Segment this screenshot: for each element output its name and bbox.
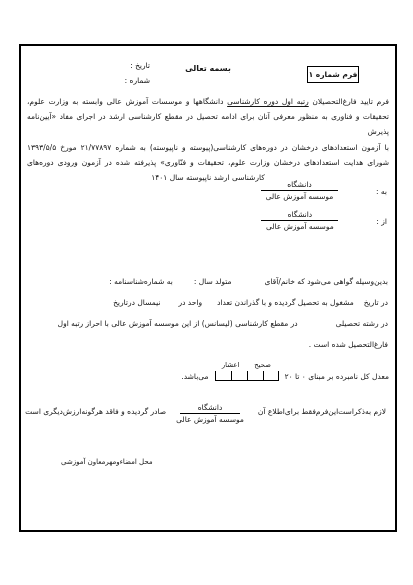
intro-line-1-pre: فرم تایید فارغ‌التحصیلان	[312, 97, 389, 106]
gpa-digit-comb	[215, 371, 279, 381]
besmele-heading: بسمه تعالی	[21, 64, 395, 73]
units-label: واحد در	[178, 298, 202, 307]
gpa-digit-boxes: صحیح اعشار	[215, 361, 279, 381]
cert-certify-text: بدین‌وسیله گواهی می‌شود که خانم/آقای	[265, 277, 388, 286]
date-serial-block: تاریخ : شماره :	[125, 58, 150, 88]
from-label: از :	[376, 210, 387, 226]
to-institute-label: موسسه آموزش عالی	[266, 191, 334, 201]
degree-text: در مقطع کارشناسی (لیسانس) از این موسسه آ…	[58, 319, 298, 328]
to-label: به :	[376, 180, 387, 196]
scanned-form-screenshot: { "colors": { "paper": "#ffffff", "ink":…	[0, 0, 413, 585]
graduated-text: فارغ‌التحصیل شده است .	[309, 340, 388, 349]
from-university-fraction: دانشگاه موسسه آموزش عالی	[261, 210, 338, 231]
intro-line-4: شورای هدایت استعدادهای درخشان وزارت علوم…	[27, 155, 389, 170]
intro-line-1-underlined: رتبه اول دوره کارشناسی	[227, 97, 309, 106]
cert-row-4: فارغ‌التحصیل شده است .	[309, 340, 388, 349]
enroll-date-label: در تاریخ	[364, 298, 388, 307]
gpa-row: معدل کل نامبرده بر مبنای ۰ تا ۲۰ صحیح اع…	[181, 361, 389, 381]
route-from-row: از : دانشگاه موسسه آموزش عالی	[261, 210, 387, 231]
from-university-label: دانشگاه	[261, 210, 338, 221]
intro-line-3: با آزمون استعدادهای درخشان در دوره‌های ک…	[27, 140, 389, 155]
form-border-frame: فرم شماره ۱ بسمه تعالی تاریخ : شماره : ف…	[19, 44, 397, 532]
note-institute-label: موسسه آموزش عالی	[176, 414, 244, 424]
cert-row-2: در تاریخ مشغول به تحصیل گردیده و با گذرا…	[113, 298, 388, 307]
gpa-digit-cell	[247, 371, 263, 381]
intro-line-1-post: دانشگاهها و موسسات آموزش عالی وابسته به …	[27, 97, 223, 106]
note-university-label: دانشگاه	[180, 403, 240, 414]
gpa-tail-text: می‌باشد.	[181, 372, 208, 381]
to-university-fraction: دانشگاه موسسه آموزش عالی	[261, 180, 338, 201]
note-row: لازم به‌ذکراست‌این‌فرم‌فقط برای‌اطلاع آن…	[25, 403, 386, 424]
birth-year-label: متولد سال :	[194, 277, 232, 286]
intro-paragraph: فرم تایید فارغ‌التحصیلان رتبه اول دوره ک…	[27, 94, 389, 185]
cert-row-3: در رشته تحصیلی در مقطع کارشناسی (لیسانس)…	[58, 319, 388, 328]
semesters-label: نیمسال درتاریخ	[113, 298, 160, 307]
gpa-integer-label: صحیح	[247, 361, 279, 369]
gpa-decimal-label: اعشار	[215, 361, 247, 369]
enrolled-text: مشغول به تحصیل گردیده و با گذراندن تعداد	[217, 298, 354, 307]
route-to-row: به : دانشگاه موسسه آموزش عالی	[261, 180, 387, 201]
gpa-box-labels: صحیح اعشار	[215, 361, 279, 369]
to-university-label: دانشگاه	[261, 180, 338, 191]
gpa-lead-text: معدل کل نامبرده بر مبنای ۰ تا ۲۰	[285, 372, 389, 381]
serial-label: شماره :	[125, 73, 150, 88]
date-label: تاریخ :	[125, 58, 150, 73]
from-institute-label: موسسه آموزش عالی	[266, 221, 334, 231]
note-university-fraction: دانشگاه موسسه آموزش عالی	[176, 403, 244, 424]
note-lead-text: لازم به‌ذکراست‌این‌فرم‌فقط برای‌اطلاع آن	[258, 403, 386, 416]
gpa-digit-cell	[215, 371, 231, 381]
gpa-digit-cell	[263, 371, 279, 381]
gpa-digit-cell	[231, 371, 247, 381]
note-tail-text: صادر گردیده و فاقد هرگونه‌ارزش‌دیگری است	[25, 403, 166, 416]
intro-line-2: تحقیقات و فناوری به منظور معرفی آنان برا…	[27, 109, 389, 139]
id-number-label: به شماره‌شناسنامه :	[109, 277, 173, 286]
cert-row-1: بدین‌وسیله گواهی می‌شود که خانم/آقای متو…	[109, 277, 388, 286]
field-of-study-label: در رشته تحصیلی	[336, 319, 388, 328]
signature-stamp-label: محل امضاءومهرمعاون آموزشی	[61, 458, 153, 466]
intro-line-1: فرم تایید فارغ‌التحصیلان رتبه اول دوره ک…	[27, 94, 389, 109]
